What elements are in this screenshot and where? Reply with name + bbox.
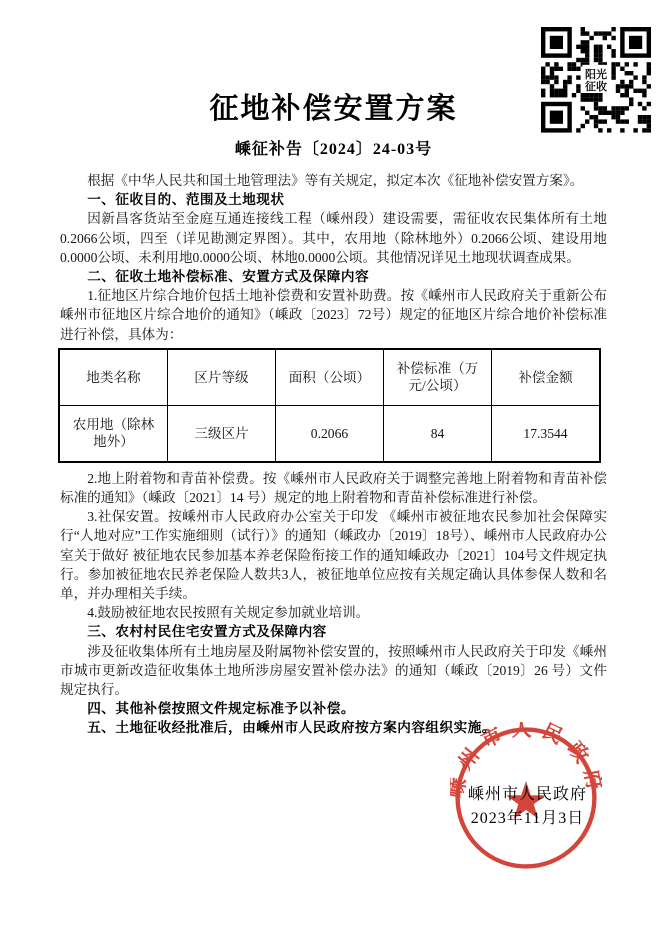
doc-number: 嵊征补告〔2024〕24-03号 bbox=[0, 136, 667, 159]
table-header-amount: 补偿金额 bbox=[492, 349, 601, 406]
table-header-land-type: 地类名称 bbox=[59, 349, 167, 406]
cell-area: 0.2066 bbox=[275, 405, 383, 462]
compensation-table: 地类名称 区片等级 面积（公顷） 补偿标准（万元/公顷） 补偿金额 农用地（除林… bbox=[58, 348, 601, 463]
section-2-paragraph-2: 2.地上附着物和青苗补偿费。按《嵊州市人民政府关于调整完善地上附着物和青苗补偿标… bbox=[60, 469, 607, 507]
seal-star-icon bbox=[506, 781, 546, 819]
section-3-paragraph: 涉及征收集体所有土地房屋及附属物补偿安置的，按照嵊州市人民政府关于印发《嵊州市城… bbox=[60, 642, 607, 700]
table-header-rate: 补偿标准（万元/公顷） bbox=[383, 349, 491, 406]
section-2-paragraph-1: 1.征地区片综合地价包括土地补偿费和安置补助费。按《嵊州市人民政府关于重新公布嵊… bbox=[60, 286, 607, 344]
table-header-area: 面积（公顷） bbox=[275, 349, 383, 406]
document-page: 阳光征收 征地补偿安置方案 嵊征补告〔2024〕24-03号 根据《中华人民共和… bbox=[0, 0, 667, 930]
page-title: 征地补偿安置方案 bbox=[0, 86, 667, 127]
cell-amount: 17.3544 bbox=[492, 405, 601, 462]
table-row: 农用地（除林地外） 三级区片 0.2066 84 17.3544 bbox=[59, 405, 600, 462]
section-1-paragraph: 因新昌客货站至金庭互通连接线工程（嵊州段）建设需要，需征收农民集体所有土地0.2… bbox=[60, 209, 607, 267]
intro-paragraph: 根据《中华人民共和国土地管理法》等有关规定，拟定本次《征地补偿安置方案》。 bbox=[60, 171, 607, 190]
section-3-heading: 三、农村村民住宅安置方式及保障内容 bbox=[60, 622, 607, 641]
section-2-heading: 二、征收土地补偿标准、安置方式及保障内容 bbox=[60, 267, 607, 286]
section-4-heading: 四、其他补偿按照文件规定标准予以补偿。 bbox=[60, 699, 607, 718]
section-2-paragraph-4: 4.鼓励被征地农民按照有关规定参加就业培训。 bbox=[60, 603, 607, 622]
cell-zone-grade: 三级区片 bbox=[167, 405, 275, 462]
document-body: 根据《中华人民共和国土地管理法》等有关规定，拟定本次《征地补偿安置方案》。 一、… bbox=[60, 171, 607, 738]
table-header-zone-grade: 区片等级 bbox=[167, 349, 275, 406]
cell-rate: 84 bbox=[383, 405, 491, 462]
official-seal: 嵊州市人民政府 bbox=[450, 722, 602, 874]
svg-text:阳光: 阳光 bbox=[585, 67, 607, 81]
section-1-heading: 一、征收目的、范围及土地现状 bbox=[60, 190, 607, 209]
cell-land-type: 农用地（除林地外） bbox=[59, 405, 167, 462]
table-header-row: 地类名称 区片等级 面积（公顷） 补偿标准（万元/公顷） 补偿金额 bbox=[59, 349, 600, 406]
section-2-paragraph-3: 3.社保安置。按嵊州市人民政府办公室关于印发 《嵊州市被征地农民参加社会保障实行… bbox=[60, 507, 607, 603]
